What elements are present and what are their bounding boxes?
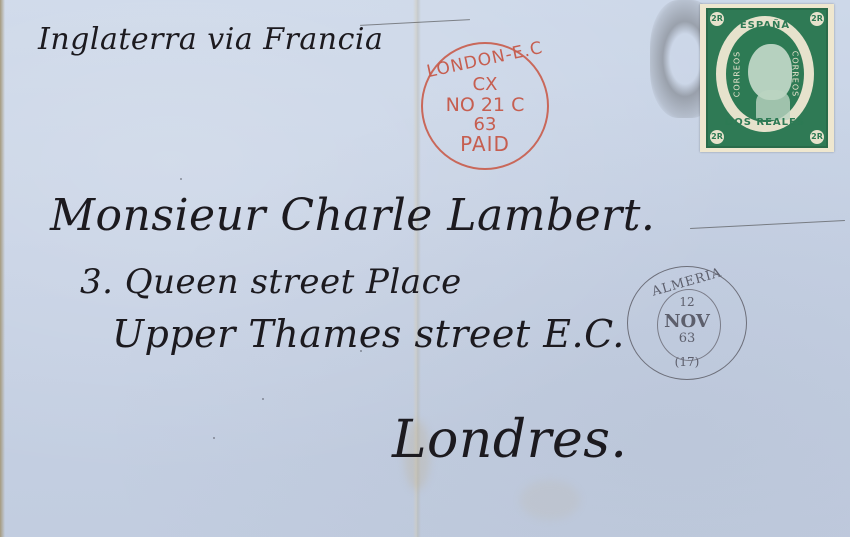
- addressee-underline: [690, 220, 845, 229]
- stamp-corner: 2R: [810, 130, 824, 144]
- almeria-postmark-month: NOV: [628, 311, 746, 332]
- london-postmark-status: PAID: [423, 132, 547, 156]
- stamp-right-text: CORREOS: [790, 51, 799, 97]
- route-note: Inglaterra via Francia: [38, 22, 383, 57]
- almeria-postmark-year: 63: [628, 331, 746, 346]
- london-postmark-code: CX: [423, 74, 547, 95]
- london-paid-postmark: LONDON-E.C CX NO 21 C 63 PAID: [421, 42, 549, 170]
- stamp-corner: 2R: [710, 130, 724, 144]
- london-postmark-date: NO 21 C: [423, 94, 547, 116]
- almeria-postmark-district: (17): [628, 355, 746, 369]
- postal-cover: Inglaterra via Francia Monsieur Charle L…: [0, 0, 850, 537]
- stamp-left-text: CORREOS: [733, 51, 742, 97]
- almeria-postmark-day: 12: [628, 295, 746, 309]
- address-line-2: Upper Thames street E.C.: [112, 312, 625, 356]
- postage-stamp: 2R 2R 2R 2R ESPAÑA CORREOS CORREOS DOS R…: [700, 4, 834, 152]
- paper-edge: [0, 0, 5, 537]
- destination-city: Londres.: [392, 410, 627, 470]
- address-line-1: 3. Queen street Place: [80, 262, 462, 302]
- paper-stain: [520, 480, 580, 520]
- stamp-value: DOS REALES: [716, 117, 814, 128]
- almeria-postmark: ALMERIA 12 NOV 63 (17): [627, 266, 747, 380]
- addressee: Monsieur Charle Lambert.: [50, 190, 655, 241]
